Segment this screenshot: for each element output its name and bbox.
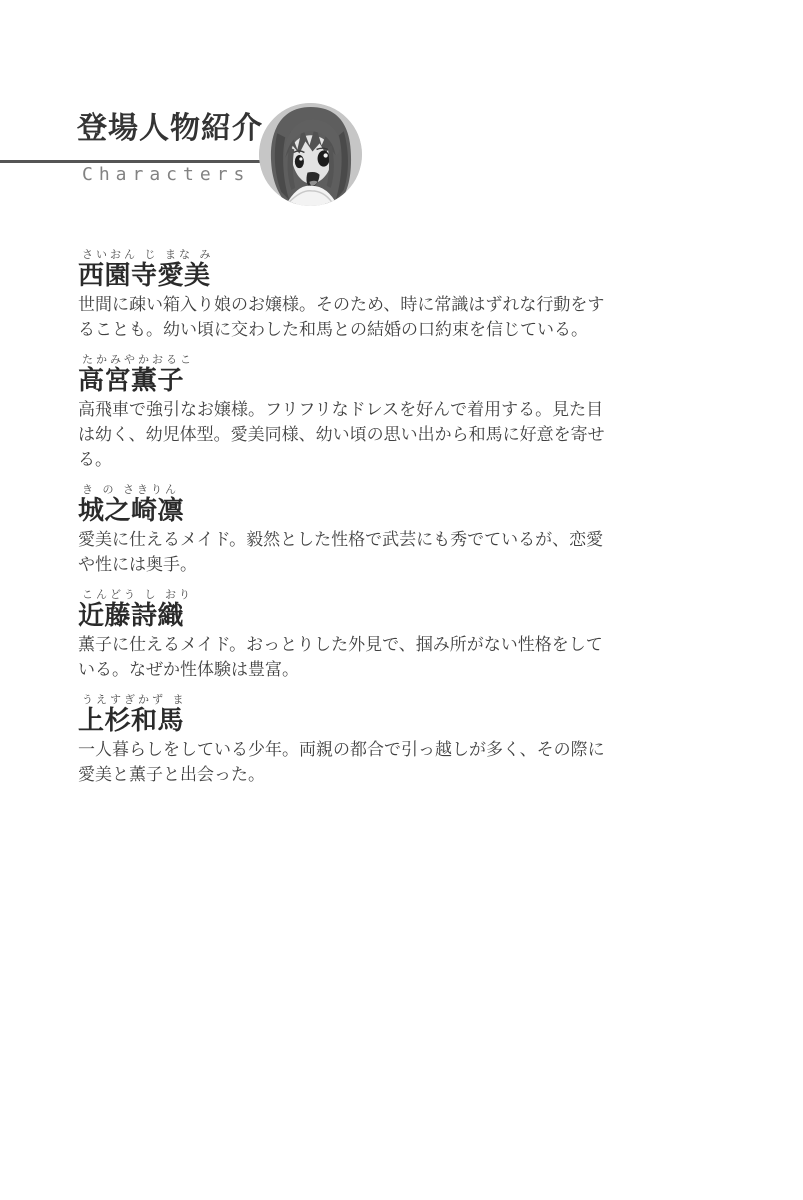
character-entry: たかみやかおるこ 高宮薫子 高飛車で強引なお嬢様。フリフリなドレスを好んで着用す…	[78, 354, 608, 473]
character-furigana: たかみやかおるこ	[78, 354, 608, 365]
character-name: 上杉和馬	[78, 707, 608, 735]
character-description: 一人暮らしをしている少年。両親の都合で引っ越しが多く、その際に愛美と薫子と出会っ…	[78, 738, 608, 788]
character-description: 薫子に仕えるメイド。おっとりした外見で、掴み所がない性格をしている。なぜか性体験…	[78, 633, 608, 683]
character-name: 城之崎凛	[78, 497, 608, 525]
anime-girl-portrait-icon	[259, 103, 362, 206]
character-furigana: き の さきりん	[78, 484, 608, 495]
character-entry: うえすぎかず ま 上杉和馬 一人暮らしをしている少年。両親の都合で引っ越しが多く…	[78, 694, 608, 788]
character-entry: こんどう し おり 近藤詩織 薫子に仕えるメイド。おっとりした外見で、掴み所がな…	[78, 589, 608, 683]
character-list: さいおん じ まな み 西園寺愛美 世間に疎い箱入り娘のお嬢様。そのため、時に常…	[78, 249, 608, 799]
page-subtitle: Characters	[82, 166, 250, 184]
scanned-page: 登場人物紹介 Characters	[0, 0, 803, 1200]
character-entry: さいおん じ まな み 西園寺愛美 世間に疎い箱入り娘のお嬢様。そのため、時に常…	[78, 249, 608, 343]
page-title: 登場人物紹介	[77, 112, 263, 146]
character-furigana: うえすぎかず ま	[78, 694, 608, 705]
character-name: 高宮薫子	[78, 367, 608, 395]
character-furigana: こんどう し おり	[78, 589, 608, 600]
header-rule	[0, 160, 261, 163]
character-furigana: さいおん じ まな み	[78, 249, 608, 260]
character-portrait	[259, 103, 362, 206]
character-description: 愛美に仕えるメイド。毅然とした性格で武芸にも秀でているが、恋愛や性には奥手。	[78, 528, 608, 578]
character-name: 西園寺愛美	[78, 262, 608, 290]
character-name: 近藤詩織	[78, 602, 608, 630]
character-description: 高飛車で強引なお嬢様。フリフリなドレスを好んで着用する。見た目は幼く、幼児体型。…	[78, 398, 608, 473]
character-description: 世間に疎い箱入り娘のお嬢様。そのため、時に常識はずれな行動をすることも。幼い頃に…	[78, 293, 608, 343]
character-entry: き の さきりん 城之崎凛 愛美に仕えるメイド。毅然とした性格で武芸にも秀でてい…	[78, 484, 608, 578]
